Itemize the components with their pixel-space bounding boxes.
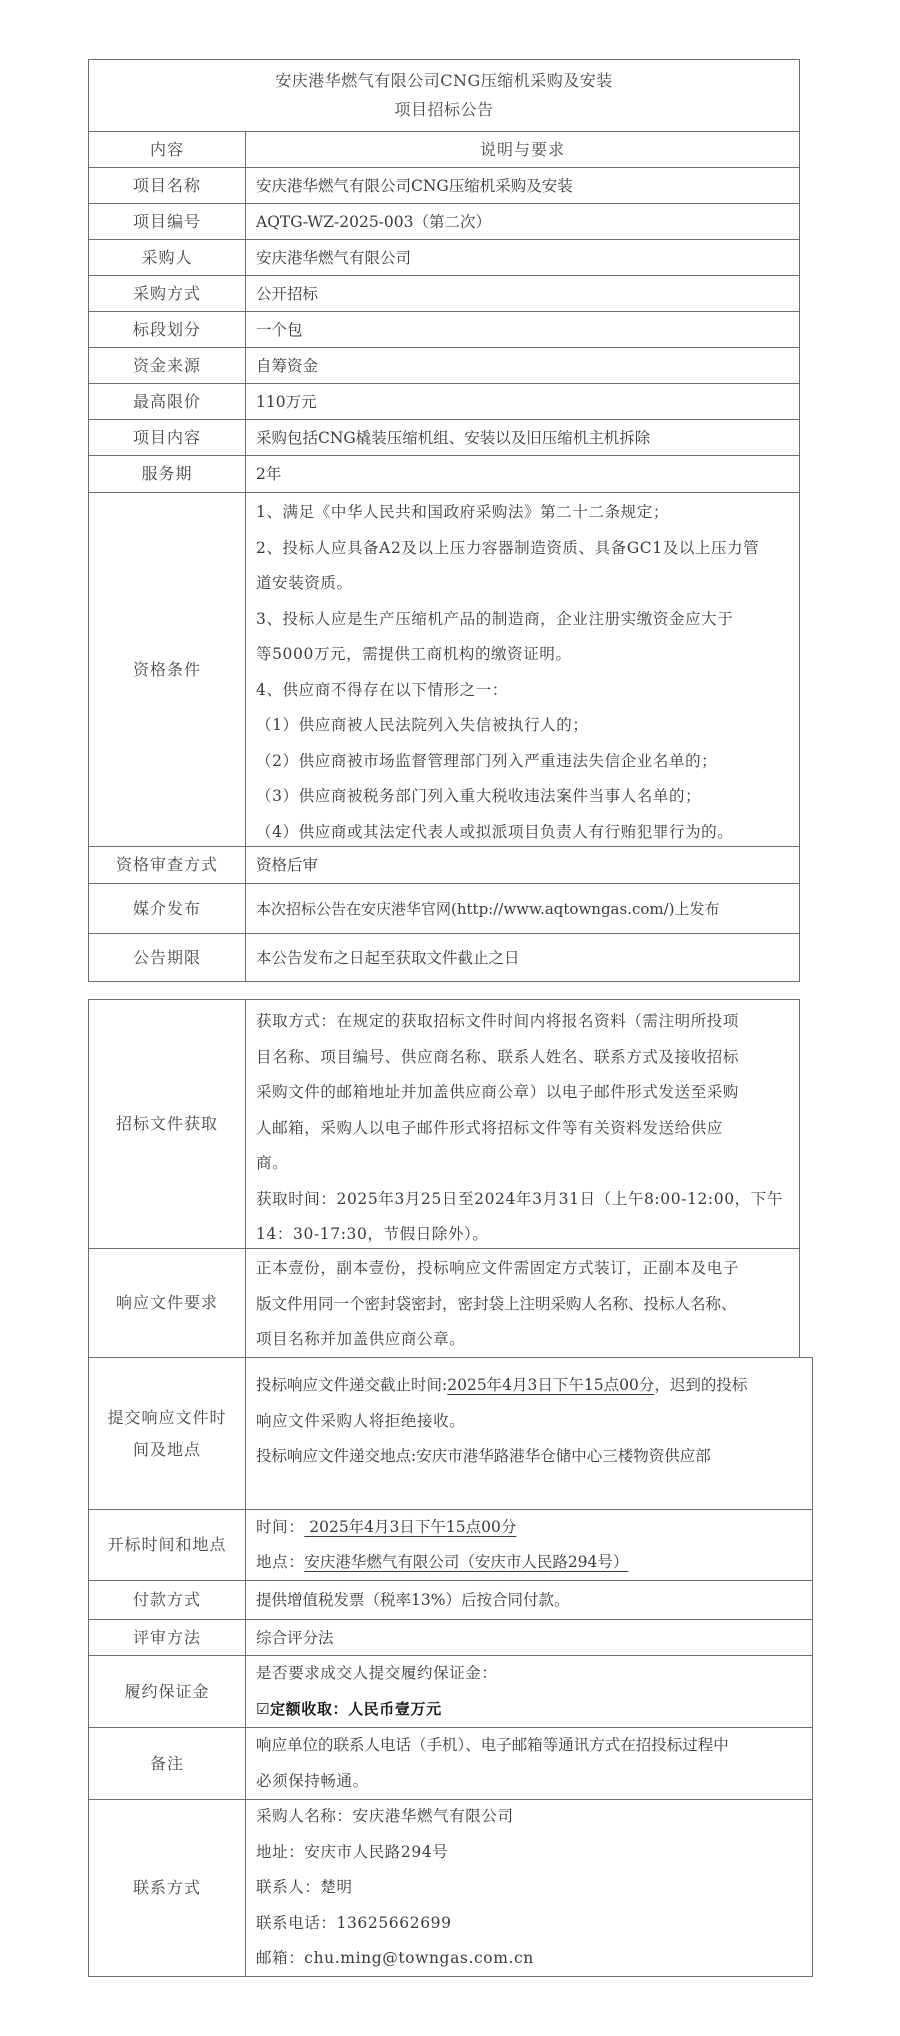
row-label-payment: 付款方式 [88, 1580, 246, 1620]
checkbox-checked-icon: ☑ [256, 1700, 270, 1718]
qualification-line: （2）供应商被市场监督管理部门列入严重违法失信企业名单的； [256, 744, 789, 780]
row-value-response-requirements: 正本壹份，副本壹份，投标响应文件需固定方式装订，正副本及电子 版文件用同一个密封… [245, 1248, 800, 1358]
row-label-media: 媒介发布 [88, 883, 246, 934]
contact-person: 联系人：楚明 [256, 1870, 802, 1906]
row-label-response-requirements: 响应文件要求 [88, 1248, 246, 1358]
row-label-qualification: 资格条件 [88, 492, 246, 847]
row-label-project-name: 项目名称 [88, 167, 246, 204]
row-value-qualification-review: 资格后审 [245, 846, 800, 884]
title-cell: 安庆港华燃气有限公司CNG压缩机采购及安装 项目招标公告 [88, 59, 800, 132]
qualification-line: （3）供应商被税务部门列入重大税收违法案件当事人名单的； [256, 779, 789, 815]
row-label-service-period: 服务期 [88, 455, 246, 493]
opening-place-value: 安庆港华燃气有限公司（安庆市人民路294号） [304, 1553, 628, 1571]
row-value-procurement-method: 公开招标 [245, 275, 800, 312]
payment-text: 提供增值税发票（税率13%）后按合同付款。 [256, 1582, 802, 1618]
row-value-payment: 提供增值税发票（税率13%）后按合同付款。 [245, 1580, 813, 1620]
opening-time-prefix: 时间： [256, 1518, 304, 1536]
row-value-media: 本次招标公告在安庆港华官网(http://www.aqtowngas.com/)… [245, 883, 800, 934]
row-label-submission: 提交响应文件时 间及地点 [88, 1357, 246, 1510]
opening-place-prefix: 地点： [256, 1553, 304, 1571]
row-label-doc-acquire: 招标文件获取 [88, 999, 246, 1249]
project-name-text: 安庆港华燃气有限公司CNG压缩机采购及安装 [256, 168, 789, 204]
opening-place: 地点：安庆港华燃气有限公司（安庆市人民路294号） [256, 1545, 802, 1581]
row-value-project-number: AQTG-WZ-2025-003（第二次） [245, 203, 800, 240]
qualification-line: 道安装资质。 [256, 566, 789, 602]
procurement-method-text: 公开招标 [256, 276, 789, 312]
contact-email: 邮箱：chu.ming@towngas.com.cn [256, 1941, 802, 1977]
doc-acquire-line: 人邮箱，采购人以电子邮件形式将招标文件等有关资料发送给供应 [256, 1111, 789, 1147]
row-value-fund-source: 自筹资金 [245, 347, 800, 384]
row-value-submission: 投标响应文件递交截止时间:2025年4月3日下午15点00分，迟到的投标 响应文… [245, 1357, 813, 1510]
review-text: 资格后审 [256, 847, 789, 883]
submission-label-line-2: 间及地点 [133, 1434, 201, 1466]
row-label-performance-bond: 履约保证金 [88, 1655, 246, 1728]
fund-source-text: 自筹资金 [256, 348, 789, 384]
row-label-notice-period: 公告期限 [88, 933, 246, 982]
qualification-line: 等5000万元，需提供工商机构的缴资证明。 [256, 637, 789, 673]
remarks-line: 响应单位的联系人电话（手机）、电子邮箱等通讯方式在招投标过程中 [256, 1728, 802, 1764]
row-label-remarks: 备注 [88, 1727, 246, 1800]
row-label-procurement-method: 采购方式 [88, 275, 246, 312]
doc-acquire-line: 目名称、项目编号、供应商名称、联系人姓名、联系方式及接收招标 [256, 1040, 789, 1076]
row-value-project-name: 安庆港华燃气有限公司CNG压缩机采购及安装 [245, 167, 800, 204]
contact-purchaser-name: 采购人名称：安庆港华燃气有限公司 [256, 1799, 802, 1835]
remarks-line: 必须保持畅通。 [256, 1764, 802, 1800]
submission-label-line-1: 提交响应文件时 [107, 1402, 226, 1434]
evaluation-text: 综合评分法 [256, 1620, 802, 1656]
row-value-purchaser: 安庆港华燃气有限公司 [245, 239, 800, 276]
opening-time: 时间： 2025年4月3日下午15点00分 [256, 1510, 802, 1546]
row-value-performance-bond: 是否要求成交人提交履约保证金： ☑定额收取：人民币壹万元 [245, 1655, 813, 1728]
title-line-2: 项目招标公告 [89, 96, 799, 124]
service-period-text: 2年 [256, 456, 789, 492]
header-description: 说明与要求 [245, 131, 800, 168]
row-label-opening: 开标时间和地点 [88, 1509, 246, 1581]
row-value-lot-division: 一个包 [245, 311, 800, 348]
row-value-notice-period: 本公告发布之日起至获取文件截止之日 [245, 933, 800, 982]
doc-acquire-line: 商。 [256, 1146, 789, 1182]
deadline-value: 2025年4月3日下午15点00分 [447, 1376, 654, 1394]
qualification-line: （1）供应商被人民法院列入失信被执行人的； [256, 708, 789, 744]
response-req-line: 正本壹份，副本壹份，投标响应文件需固定方式装订，正副本及电子 [256, 1251, 789, 1287]
project-number-text: AQTG-WZ-2025-003（第二次） [256, 204, 789, 240]
row-label-qualification-review: 资格审查方式 [88, 846, 246, 884]
row-label-evaluation: 评审方法 [88, 1619, 246, 1656]
row-label-purchaser: 采购人 [88, 239, 246, 276]
bond-answer: ☑定额收取：人民币壹万元 [256, 1692, 802, 1728]
row-value-doc-acquire: 获取方式：在规定的获取招标文件时间内将报名资料（需注明所投项 目名称、项目编号、… [245, 999, 800, 1249]
row-value-qualification: 1、满足《中华人民共和国政府采购法》第二十二条规定； 2、投标人应具备A2及以上… [245, 492, 800, 847]
project-content-text: 采购包括CNG橇装压缩机组、安装以及旧压缩机主机拆除 [256, 420, 789, 456]
lot-division-text: 一个包 [256, 312, 789, 348]
row-value-opening: 时间： 2025年4月3日下午15点00分 地点：安庆港华燃气有限公司（安庆市人… [245, 1509, 813, 1581]
doc-acquire-line: 获取时间：2025年3月25日至2024年3月31日（上午8:00-12:00，… [256, 1182, 789, 1218]
qualification-line: 4、供应商不得存在以下情形之一： [256, 673, 789, 709]
bond-question: 是否要求成交人提交履约保证金： [256, 1656, 802, 1692]
row-value-evaluation: 综合评分法 [245, 1619, 813, 1656]
submission-deadline-line-2: 响应文件采购人将拒绝接收。 [256, 1404, 802, 1440]
title-line-1: 安庆港华燃气有限公司CNG压缩机采购及安装 [89, 68, 799, 94]
doc-acquire-line: 采购文件的邮箱地址并加盖供应商公章）以电子邮件形式发送至采购 [256, 1075, 789, 1111]
row-label-project-content: 项目内容 [88, 419, 246, 456]
row-value-max-price: 110万元 [245, 383, 800, 420]
qualification-line: 2、投标人应具备A2及以上压力容器制造资质、具备GC1及以上压力管 [256, 531, 789, 567]
qualification-line: 3、投标人应是生产压缩机产品的制造商，企业注册实缴资金应大于 [256, 602, 789, 638]
submission-deadline: 投标响应文件递交截止时间:2025年4月3日下午15点00分，迟到的投标 [256, 1368, 802, 1404]
response-req-line: 版文件用同一个密封袋密封，密封袋上注明采购人名称、投标人名称、 [256, 1287, 789, 1323]
row-label-lot-division: 标段划分 [88, 311, 246, 348]
row-label-max-price: 最高限价 [88, 383, 246, 420]
contact-address: 地址：安庆市人民路294号 [256, 1835, 802, 1871]
purchaser-text: 安庆港华燃气有限公司 [256, 240, 789, 276]
row-label-contact: 联系方式 [88, 1799, 246, 1977]
row-value-remarks: 响应单位的联系人电话（手机）、电子邮箱等通讯方式在招投标过程中 必须保持畅通。 [245, 1727, 813, 1800]
row-label-fund-source: 资金来源 [88, 347, 246, 384]
max-price-text: 110万元 [256, 384, 789, 420]
contact-phone: 联系电话：13625662699 [256, 1906, 802, 1942]
response-req-line: 项目名称并加盖供应商公章。 [256, 1322, 789, 1358]
submission-location: 投标响应文件递交地点:安庆市港华路港华仓储中心三楼物资供应部 [256, 1439, 802, 1475]
notice-period-text: 本公告发布之日起至获取文件截止之日 [256, 940, 789, 976]
row-value-contact: 采购人名称：安庆港华燃气有限公司 地址：安庆市人民路294号 联系人：楚明 联系… [245, 1799, 813, 1977]
qualification-line: 1、满足《中华人民共和国政府采购法》第二十二条规定； [256, 495, 789, 531]
qualification-line: （4）供应商或其法定代表人或拟派项目负责人有行贿犯罪行为的。 [256, 815, 789, 851]
media-text: 本次招标公告在安庆港华官网(http://www.aqtowngas.com/)… [256, 891, 789, 927]
doc-acquire-line: 获取方式：在规定的获取招标文件时间内将报名资料（需注明所投项 [256, 1004, 789, 1040]
opening-time-value: 2025年4月3日下午15点00分 [304, 1518, 516, 1536]
deadline-prefix: 投标响应文件递交截止时间: [256, 1376, 447, 1394]
header-content: 内容 [88, 131, 246, 168]
row-label-project-number: 项目编号 [88, 203, 246, 240]
row-value-service-period: 2年 [245, 455, 800, 493]
deadline-suffix: ，迟到的投标 [654, 1376, 747, 1394]
bond-answer-text: 定额收取：人民币壹万元 [270, 1700, 442, 1718]
row-value-project-content: 采购包括CNG橇装压缩机组、安装以及旧压缩机主机拆除 [245, 419, 800, 456]
